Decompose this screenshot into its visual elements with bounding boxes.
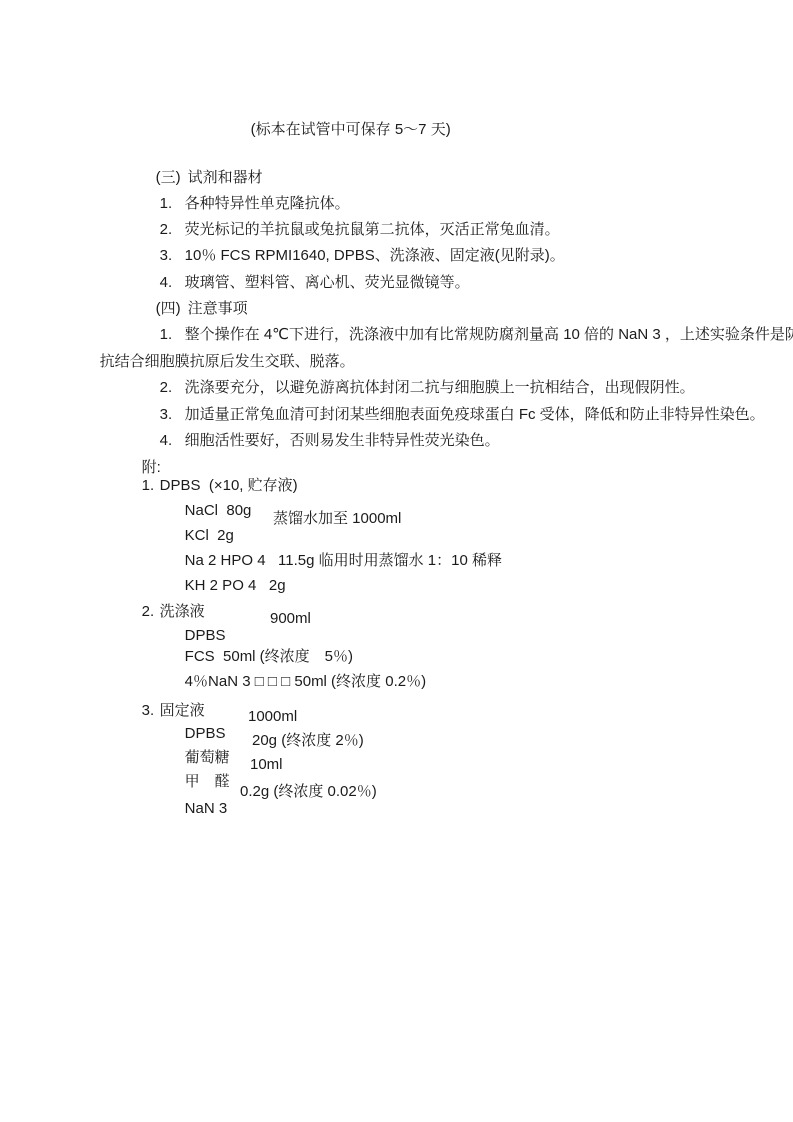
recipe-number: 2. [142, 603, 160, 620]
recipe-col2: 900ml [270, 610, 311, 627]
recipe-number: 3. [142, 702, 160, 719]
recipe-row-nan3: NaN 3 0.2g (终浓度 0.02％) [168, 783, 227, 851]
recipe-col2: 10ml [250, 756, 283, 773]
recipe-col1: NaN 3 [185, 800, 228, 817]
document-page: (标本在试管中可保存 5～7 天) (三)试剂和器材 1.各种特异性单克隆抗体。… [0, 0, 793, 1122]
recipe-number: 1. [142, 477, 160, 494]
recipe-col2: 1000ml [248, 708, 297, 725]
item-text: 细胞活性要好，否则易发生非特异性荧光染色。 [185, 432, 500, 449]
recipe-col2: 0.2g (终浓度 0.02％) [240, 783, 377, 800]
storage-note: (标本在试管中可保存 5～7 天) [234, 104, 451, 155]
recipe-row-nan3-4pct: 4％NaN 3 □ □ □ 50ml (终浓度 0.2％) [168, 656, 426, 707]
item-number: 4. [160, 432, 185, 449]
recipe-col1: 4％NaN 3 □ □ □ 50ml (终浓度 0.2％) [185, 673, 426, 690]
recipe-col2: 20g (终浓度 2％) [252, 732, 364, 749]
storage-note-text: (标本在试管中可保存 5～7 天) [251, 121, 451, 138]
recipe-col2: 蒸馏水加至 1000ml [273, 510, 401, 527]
precaution-item-4: 4.细胞活性要好，否则易发生非特异性荧光染色。 [143, 415, 500, 466]
